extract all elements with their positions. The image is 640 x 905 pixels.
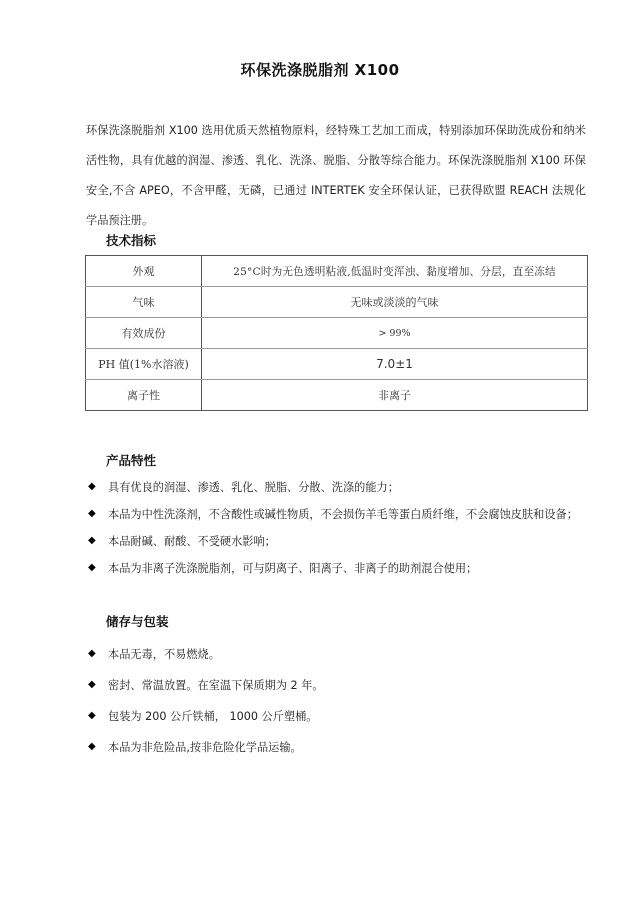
- diamond-bullet-icon: ◆: [88, 535, 108, 546]
- spec-label-appearance: 外观: [86, 256, 202, 287]
- feature-text: 本品耐碱、耐酸、不受硬水影响；: [108, 533, 276, 549]
- storage-text: 本品无毒，不易燃烧。: [108, 646, 220, 662]
- list-item: ◆ 密封、常温放置。在室温下保质期为 2 年。: [88, 669, 324, 700]
- storage-text: 包装为 200 公斤铁桶， 1000 公斤塑桶。: [108, 708, 318, 724]
- storage-text: 密封、常温放置。在室温下保质期为 2 年。: [108, 677, 324, 693]
- table-row: PH 值(1%水溶液) 7.0±1: [86, 349, 588, 380]
- list-item: ◆ 包装为 200 公斤铁桶， 1000 公斤塑桶。: [88, 700, 324, 731]
- spec-label-ionic: 离子性: [86, 380, 202, 411]
- intro-paragraph: 环保洗涤脱脂剂 X100 选用优质天然植物原料，经特殊工艺加工而成，特别添加环保…: [86, 116, 586, 236]
- spec-label-active-content: 有效成份: [86, 318, 202, 349]
- spec-value-appearance: 25°C时为无色透明粘液,低温时变浑浊、黏度增加、分层，直至冻结: [202, 256, 588, 287]
- storage-heading: 储存与包装: [106, 612, 169, 630]
- specs-heading: 技术指标: [106, 231, 156, 249]
- table-row: 气味 无味或淡淡的气味: [86, 287, 588, 318]
- diamond-bullet-icon: ◆: [88, 741, 108, 752]
- spec-value-ionic: 非离子: [202, 380, 588, 411]
- diamond-bullet-icon: ◆: [88, 508, 108, 519]
- list-item: ◆ 本品为中性洗涤剂，不含酸性或碱性物质，不会损伤羊毛等蛋白质纤维，不会腐蚀皮肤…: [88, 500, 578, 527]
- diamond-bullet-icon: ◆: [88, 481, 108, 492]
- spec-value-active-content: > 99%: [202, 318, 588, 349]
- feature-text: 具有优良的润湿、渗透、乳化、脱脂、分散、洗涤的能力；: [108, 479, 399, 495]
- spec-label-odor: 气味: [86, 287, 202, 318]
- list-item: ◆ 本品耐碱、耐酸、不受硬水影响；: [88, 527, 578, 554]
- diamond-bullet-icon: ◆: [88, 562, 108, 573]
- list-item: ◆ 本品为非危险品,按非危险化学品运输。: [88, 731, 324, 762]
- features-list: ◆ 具有优良的润湿、渗透、乳化、脱脂、分散、洗涤的能力； ◆ 本品为中性洗涤剂，…: [88, 473, 578, 581]
- feature-text: 本品为中性洗涤剂，不含酸性或碱性物质，不会损伤羊毛等蛋白质纤维，不会腐蚀皮肤和设…: [108, 506, 578, 522]
- table-row: 有效成份 > 99%: [86, 318, 588, 349]
- diamond-bullet-icon: ◆: [88, 648, 108, 659]
- features-heading: 产品特性: [106, 451, 156, 469]
- diamond-bullet-icon: ◆: [88, 710, 108, 721]
- table-row: 外观 25°C时为无色透明粘液,低温时变浑浊、黏度增加、分层，直至冻结: [86, 256, 588, 287]
- spec-value-ph: 7.0±1: [202, 349, 588, 380]
- spec-value-odor: 无味或淡淡的气味: [202, 287, 588, 318]
- document-title: 环保洗涤脱脂剂 X100: [0, 59, 640, 80]
- feature-text: 本品为非离子洗涤脱脂剂，可与阴离子、阳离子、非离子的助剂混合使用；: [108, 560, 477, 576]
- specs-table: 外观 25°C时为无色透明粘液,低温时变浑浊、黏度增加、分层，直至冻结 气味 无…: [85, 255, 588, 411]
- storage-text: 本品为非危险品,按非危险化学品运输。: [108, 739, 302, 755]
- list-item: ◆ 具有优良的润湿、渗透、乳化、脱脂、分散、洗涤的能力；: [88, 473, 578, 500]
- spec-label-ph: PH 值(1%水溶液): [86, 349, 202, 380]
- storage-list: ◆ 本品无毒，不易燃烧。 ◆ 密封、常温放置。在室温下保质期为 2 年。 ◆ 包…: [88, 638, 324, 762]
- list-item: ◆ 本品无毒，不易燃烧。: [88, 638, 324, 669]
- table-row: 离子性 非离子: [86, 380, 588, 411]
- list-item: ◆ 本品为非离子洗涤脱脂剂，可与阴离子、阳离子、非离子的助剂混合使用；: [88, 554, 578, 581]
- diamond-bullet-icon: ◆: [88, 679, 108, 690]
